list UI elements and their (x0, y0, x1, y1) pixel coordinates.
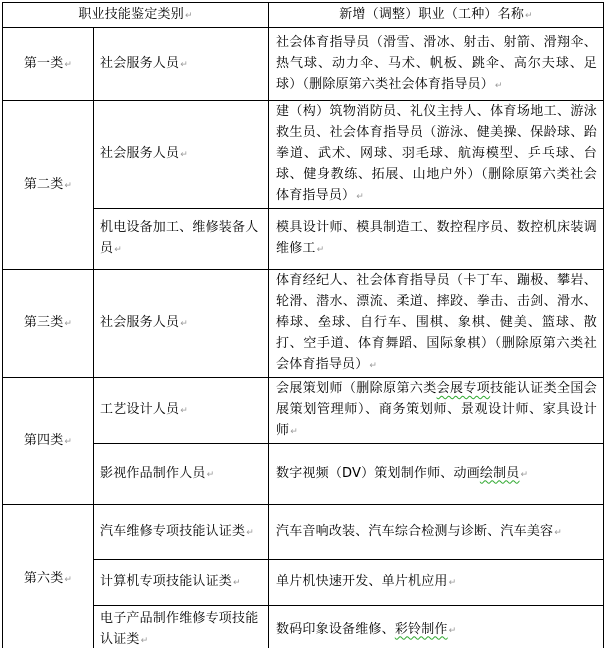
category-cell: 第一类↵ (3, 28, 94, 101)
occupations-cell: 社会体育指导员（滑雪、滑冰、射击、射箭、滑翔伞、热气球、动力伞、马术、帆板、跳伞… (269, 28, 604, 101)
table-row: 第四类↵ 工艺设计人员↵ 会展策划师（删除原第六类会展专项技能认证类全国会展策划… (3, 378, 604, 444)
paragraph-mark-icon: ↵ (180, 319, 188, 329)
table-row: 影视作品制作人员↵ 数字视频（DV）策划制作师、动画绘制员↵ (3, 444, 604, 505)
table-row: 计算机专项技能认证类↵ 单片机快速开发、单片机应用↵ (3, 560, 604, 606)
header-occupation: 新增（调整）职业（工种）名称↵ (269, 3, 604, 28)
table-row: 电子产品制作维修专项技能认证类↵ 数码印象设备维修、彩铃制作↵ (3, 606, 604, 648)
paragraph-mark-icon: ↵ (114, 245, 122, 255)
paragraph-mark-icon: ↵ (449, 578, 457, 588)
paragraph-mark-icon: ↵ (246, 528, 254, 538)
spellcheck-underline: 绘制员 (480, 466, 520, 481)
group-cell: 社会服务人员↵ (94, 101, 269, 209)
paragraph-mark-icon: ↵ (180, 60, 188, 70)
paragraph-mark-icon: ↵ (141, 636, 149, 646)
group-cell: 汽车维修专项技能认证类↵ (94, 505, 269, 560)
paragraph-mark-icon: ↵ (369, 361, 377, 371)
paragraph-mark-icon: ↵ (180, 150, 188, 160)
paragraph-mark-icon: ↵ (356, 192, 364, 202)
group-cell: 影视作品制作人员↵ (94, 444, 269, 505)
table-row: 第二类↵ 社会服务人员↵ 建（构）筑物消防员、礼仪主持人、体育场地工、游泳救生员… (3, 101, 604, 209)
occupations-cell: 汽车音响改装、汽车综合检测与诊断、汽车美容↵ (269, 505, 604, 560)
header-category: 职业技能鉴定类别↵ (3, 3, 269, 28)
category-cell: 第二类↵ (3, 101, 94, 270)
occupations-cell: 会展策划师（删除原第六类会展专项技能认证类全国会展策划管理师）、商务策划师、景观… (269, 378, 604, 444)
group-cell: 电子产品制作维修专项技能认证类↵ (94, 606, 269, 648)
table-row: 机电设备加工、维修装备人员↵ 模具设计师、模具制造工、数控程序员、数控机床装调维… (3, 209, 604, 270)
paragraph-mark-icon: ↵ (185, 11, 193, 21)
paragraph-mark-icon: ↵ (64, 181, 72, 191)
paragraph-mark-icon: ↵ (64, 437, 72, 447)
table-row: 第三类↵ 社会服务人员↵ 体育经纪人、社会体育指导员（卡丁车、蹦极、攀岩、轮滑、… (3, 270, 604, 378)
group-cell: 工艺设计人员↵ (94, 378, 269, 444)
paragraph-mark-icon: ↵ (495, 81, 503, 91)
occupations-cell: 单片机快速开发、单片机应用↵ (269, 560, 604, 606)
paragraph-mark-icon: ↵ (64, 575, 72, 585)
paragraph-mark-icon: ↵ (180, 406, 188, 416)
table-row: 第一类↵ 社会服务人员↵ 社会体育指导员（滑雪、滑冰、射击、射箭、滑翔伞、热气球… (3, 28, 604, 101)
occupations-cell: 建（构）筑物消防员、礼仪主持人、体育场地工、游泳救生员、社会体育指导员（游泳、健… (269, 101, 604, 209)
group-cell: 机电设备加工、维修装备人员↵ (94, 209, 269, 270)
occupations-cell: 数字视频（DV）策划制作师、动画绘制员↵ (269, 444, 604, 505)
paragraph-mark-icon: ↵ (317, 245, 325, 255)
category-cell: 第四类↵ (3, 378, 94, 505)
paragraph-mark-icon: ↵ (207, 470, 215, 480)
paragraph-mark-icon: ↵ (290, 427, 298, 437)
table-header-row: 职业技能鉴定类别↵ 新增（调整）职业（工种）名称↵ (3, 3, 604, 28)
paragraph-mark-icon: ↵ (64, 60, 72, 70)
category-cell: 第三类↵ (3, 270, 94, 378)
occupation-table: 职业技能鉴定类别↵ 新增（调整）职业（工种）名称↵ 第一类↵ 社会服务人员↵ 社… (2, 2, 604, 648)
paragraph-mark-icon: ↵ (64, 319, 72, 329)
occupations-cell: 模具设计师、模具制造工、数控程序员、数控机床装调维修工↵ (269, 209, 604, 270)
group-cell: 社会服务人员↵ (94, 28, 269, 101)
paragraph-mark-icon: ↵ (233, 578, 241, 588)
spellcheck-underline: 彩铃制作 (395, 622, 448, 637)
paragraph-mark-icon: ↵ (521, 470, 529, 480)
paragraph-mark-icon: ↵ (449, 626, 457, 636)
paragraph-mark-icon: ↵ (554, 528, 562, 538)
group-cell: 计算机专项技能认证类↵ (94, 560, 269, 606)
occupations-cell: 体育经纪人、社会体育指导员（卡丁车、蹦极、攀岩、轮滑、潜水、漂流、柔道、摔跤、拳… (269, 270, 604, 378)
category-cell: 第六类↵ (3, 505, 94, 648)
paragraph-mark-icon: ↵ (525, 11, 533, 21)
table-row: 第六类↵ 汽车维修专项技能认证类↵ 汽车音响改装、汽车综合检测与诊断、汽车美容↵ (3, 505, 604, 560)
group-cell: 社会服务人员↵ (94, 270, 269, 378)
spellcheck-underline: 会展专项 (437, 381, 491, 396)
occupations-cell: 数码印象设备维修、彩铃制作↵ (269, 606, 604, 648)
